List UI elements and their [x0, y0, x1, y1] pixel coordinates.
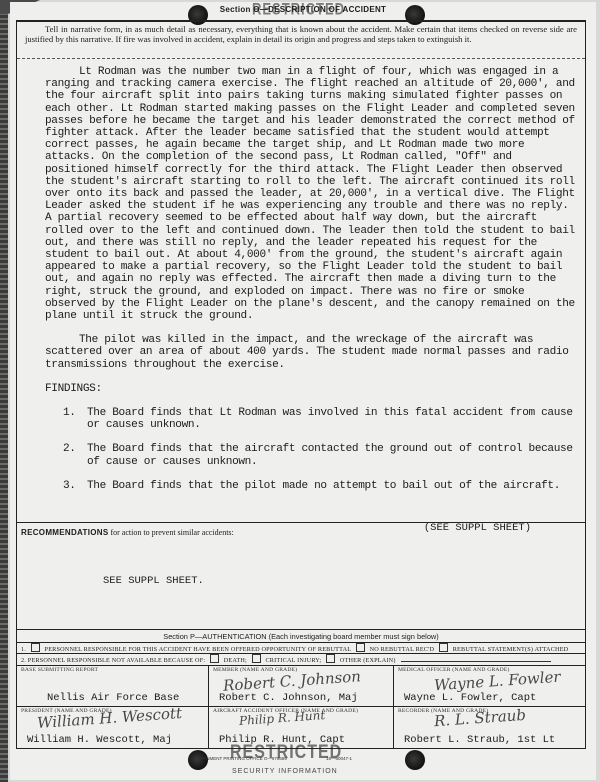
finding-number: 1. [63, 407, 87, 431]
form-box: Tell in narrative form, in as much detai… [16, 20, 586, 749]
finding-number: 2. [63, 443, 87, 467]
base-cell: Base Submitting Report Nellis Air Force … [17, 666, 209, 707]
finding-text: The Board finds that the pilot made no a… [87, 480, 575, 492]
findings-heading: FINDINGS: [45, 383, 575, 395]
see-suppl-sheet-note: (SEE SUPPL SHEET) [424, 522, 531, 534]
medical-officer-cell: Medical Officer (Name and Grade) Wayne L… [394, 666, 585, 707]
instructions-text: Tell in narrative form, in as much detai… [25, 24, 577, 44]
row-number: 2. [21, 657, 26, 664]
section-p-title: Section P—AUTHENTICATION (Each investiga… [17, 629, 585, 643]
death-label: Death; [224, 657, 247, 664]
not-available-label: Personnel Responsible Not Available Beca… [28, 657, 205, 664]
critical-injury-label: Critical Injury; [265, 657, 321, 664]
no-rebuttal-checkbox[interactable] [356, 643, 365, 652]
security-information-label: SECURITY INFORMATION [232, 768, 338, 775]
finding-item: 1. The Board finds that Lt Rodman was in… [63, 407, 575, 431]
finding-text: The Board finds that Lt Rodman was invol… [87, 407, 575, 431]
recommendations-label: RECOMMENDATIONS for action to prevent si… [21, 528, 234, 537]
base-label: Base Submitting Report [21, 667, 98, 673]
finding-item: 3. The Board finds that the pilot made n… [63, 480, 575, 492]
punch-hole-icon [405, 750, 425, 770]
finding-number: 3. [63, 480, 87, 492]
narrative-paragraph: The pilot was killed in the impact, and … [45, 334, 575, 371]
president-cell: President (Name and Grade) William H. We… [17, 707, 209, 748]
president-value: William H. Wescott, Maj [27, 734, 172, 746]
other-label: Other (Explain) [340, 657, 396, 664]
signature-grid: Base Submitting Report Nellis Air Force … [17, 665, 585, 749]
not-available-row: 2. Personnel Responsible Not Available B… [17, 653, 585, 665]
member-cell: Member (Name and Grade) Robert C. Johnso… [209, 666, 394, 707]
rebuttal-attached-checkbox[interactable] [439, 643, 448, 652]
rebuttal-attached-label: Rebuttal Statement(s) Attached [453, 646, 569, 653]
other-checkbox[interactable] [326, 654, 335, 663]
rebuttal-offered-label: Personnel Responsible for This Accident … [45, 646, 352, 653]
medical-officer-value: Wayne L. Fowler, Capt [404, 692, 536, 704]
recommendations-body: SEE SUPPL SHEET. [103, 575, 204, 587]
member-value: Robert C. Johnson, Maj [219, 692, 358, 704]
rebuttal-offered-checkbox[interactable] [31, 643, 40, 652]
finding-item: 2. The Board finds that the aircraft con… [63, 443, 575, 467]
instructions-divider [17, 58, 585, 59]
critical-injury-checkbox[interactable] [252, 654, 261, 663]
page-binding-edge [0, 0, 8, 782]
recommendations-section: RECOMMENDATIONS for action to prevent si… [17, 522, 585, 630]
accident-report-page: Section O—DESCRIPTION OF ACCIDENT RESTRI… [10, 2, 596, 780]
recorder-cell: Recorder (Name and Grade) R. L. Straub R… [394, 707, 585, 748]
finding-text: The Board finds that the aircraft contac… [87, 443, 575, 467]
no-rebuttal-label: No Rebuttal Rec'd [370, 646, 435, 653]
recommendations-label-bold: RECOMMENDATIONS [21, 528, 108, 537]
restricted-stamp-bottom: RESTRICTED [230, 742, 342, 764]
death-checkbox[interactable] [210, 654, 219, 663]
row-number: 1. [21, 646, 26, 653]
restricted-stamp-top: RESTRICTED [252, 0, 345, 18]
narrative-section: Lt Rodman was the number two man in a fl… [45, 66, 575, 504]
base-value: Nellis Air Force Base [47, 692, 179, 704]
page-footer: GOVERNMENT PRINTING OFFICE O—976689 16—6… [10, 748, 596, 780]
recorder-value: Robert L. Straub, 1st Lt [404, 734, 555, 746]
narrative-paragraph: Lt Rodman was the number two man in a fl… [45, 66, 575, 322]
recommendations-label-rest: for action to prevent similar accidents: [108, 528, 233, 537]
other-explain-line[interactable] [401, 661, 551, 662]
